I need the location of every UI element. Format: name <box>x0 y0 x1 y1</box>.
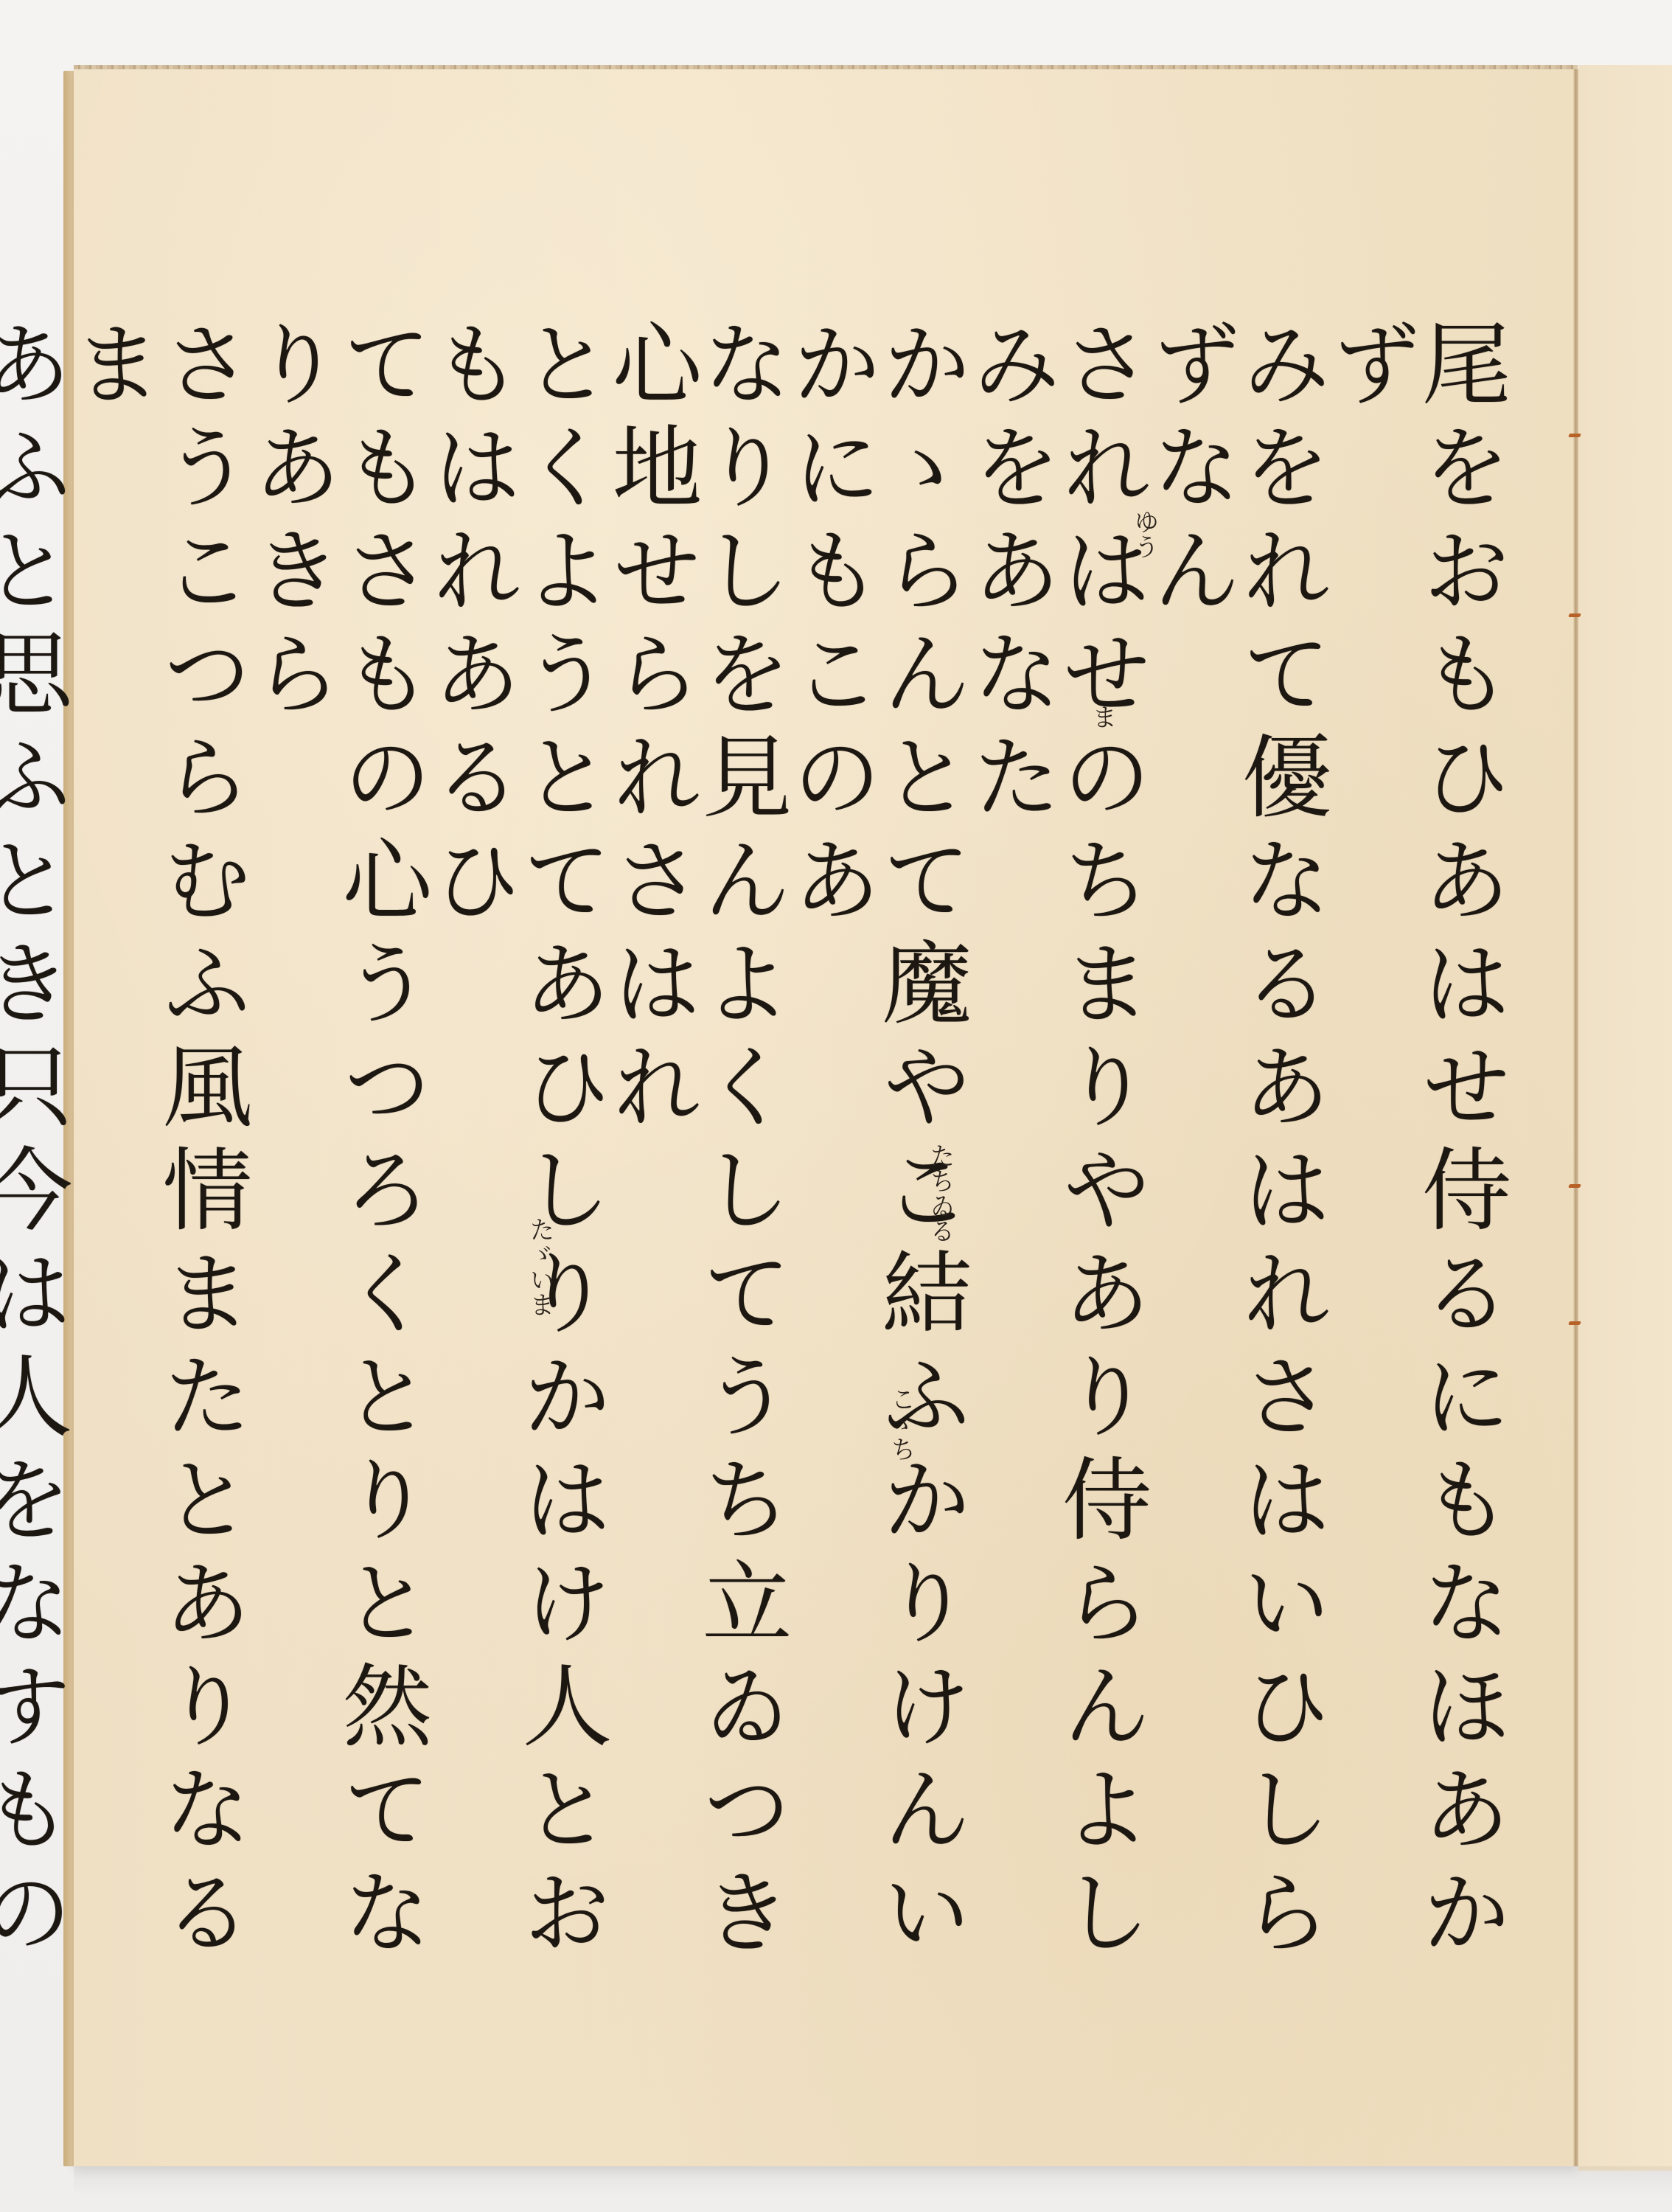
text-column-8: さうこつらむふ風情またとありなるま <box>65 317 245 2013</box>
page-shadow <box>74 2166 1672 2196</box>
facing-page-edge <box>1578 65 1672 2171</box>
text-column-6: とくようとてあひしりかはけ人とおもはれあるひ <box>425 317 605 2013</box>
binding-stitch <box>1568 613 1581 617</box>
text-column-7: てもさもの心うつろくとりと然てなりあきら <box>245 317 425 2013</box>
text-column-5: なりしを見んよくしてうち立ゐつき心地せられさはれ <box>605 317 784 2013</box>
text-column-2: みをれて優なるあはれさはいひしらずなん <box>1144 317 1324 2013</box>
binding-stitch <box>1568 1184 1581 1188</box>
furigana-tadaima: たゞいま <box>527 1217 552 1317</box>
text-column-3: されはせのちまりやあり侍らんよしみをあなた <box>964 317 1144 2013</box>
text-column-9: あふと思ふとき只今は人をなすものもあたらし <box>0 317 65 2013</box>
binding-fold <box>1573 69 1578 2166</box>
furigana-ma: ま <box>1090 704 1115 729</box>
furigana-tachiiru: たちゐる <box>927 1143 952 1243</box>
binding-stitch <box>1568 434 1581 437</box>
furigana-yuu: ゆう <box>1132 509 1157 559</box>
text-column-1: 尾をおもひあはせ侍るにもなほあかず <box>1324 317 1504 2013</box>
furigana-kokochi: こゝち <box>888 1386 913 1461</box>
binding-stitch <box>1568 1321 1581 1325</box>
manuscript-text: 尾をおもひあはせ侍るにもなほあかず みをれて優なるあはれさはいひしらずなん され… <box>236 317 1504 2013</box>
